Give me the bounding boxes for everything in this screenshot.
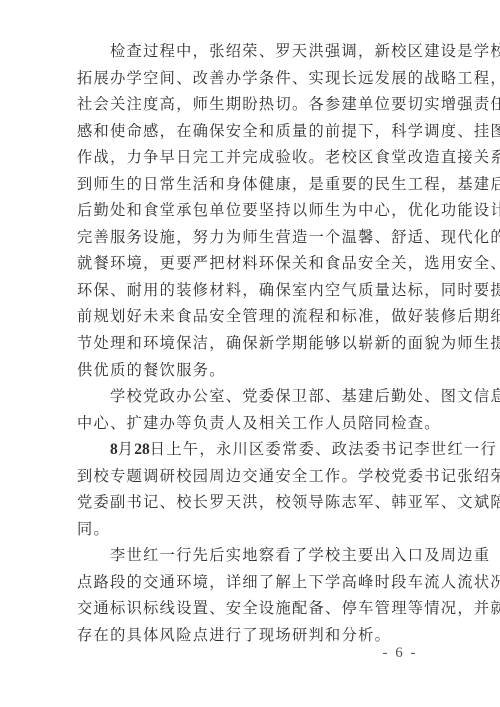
text-line: 就餐环境，更要严把材料环保关和食品安全关，选用安全、 [77, 250, 427, 277]
document-body: 检查过程中，张绍荣、罗天洪强调，新校区建设是学校 拓展办学空间、改善办学条件、实… [77, 38, 427, 649]
document-page: 检查过程中，张绍荣、罗天洪强调，新校区建设是学校 拓展办学空间、改善办学条件、实… [0, 0, 500, 707]
text-line: 社会关注度高，师生期盼热切。各参建单位要切实增强责任 [77, 91, 427, 118]
paragraph-site-inspection: 李世红一行先后实地察看了学校主要出入口及周边重 点路段的交通环境，详细了解上下学… [77, 542, 427, 648]
text-line: 同。 [77, 516, 427, 543]
day-number: 28 [134, 441, 150, 458]
text-line: 拓展办学空间、改善办学条件、实现长远发展的战略工程， [77, 65, 427, 92]
date-line-rest: 日上午，永川区委常委、政法委书记李世红一行 [150, 440, 497, 458]
text-line: 学校党政办公室、党委保卫部、基建后勤处、图文信息 [77, 383, 427, 410]
text-line: 节处理和环境保洁，确保新学期能够以崭新的面貌为师生提 [77, 330, 427, 357]
text-line: 环保、耐用的装修材料，确保室内空气质量达标，同时要提 [77, 277, 427, 304]
page-number: - 6 - [370, 645, 430, 662]
text-line: 供优质的餐饮服务。 [77, 357, 427, 384]
month-char: 月 [118, 440, 135, 458]
text-line: 感和使命感，在确保安全和质量的前提下，科学调度、挂图 [77, 118, 427, 145]
month-number: 8 [110, 441, 118, 458]
text-line: 完善服务设施，努力为师生营造一个温馨、舒适、现代化的 [77, 224, 427, 251]
text-line: 李世红一行先后实地察看了学校主要出入口及周边重 [77, 542, 427, 569]
text-line-date: 8月28日上午，永川区委常委、政法委书记李世红一行 [77, 436, 427, 463]
text-line: 检查过程中，张绍荣、罗天洪强调，新校区建设是学校 [77, 38, 427, 65]
text-line: 前规划好未来食品安全管理的流程和标准，做好装修后期细 [77, 303, 427, 330]
text-line: 到校专题调研校园周边交通安全工作。学校党委书记张绍荣， [77, 463, 427, 490]
text-line: 党委副书记、校长罗天洪，校领导陈志军、韩亚军、文斌陪 [77, 489, 427, 516]
text-line: 作战，力争早日完工并完成验收。老校区食堂改造直接关系 [77, 144, 427, 171]
text-line: 交通标识标线设置、安全设施配备、停车管理等情况，并就 [77, 595, 427, 622]
paragraph-accompanying-staff: 学校党政办公室、党委保卫部、基建后勤处、图文信息 中心、扩建办等负责人及相关工作… [77, 383, 427, 436]
paragraph-inspection-remarks: 检查过程中，张绍荣、罗天洪强调，新校区建设是学校 拓展办学空间、改善办学条件、实… [77, 38, 427, 383]
text-line: 点路段的交通环境，详细了解上下学高峰时段车流人流状况、 [77, 569, 427, 596]
text-line: 后勤处和食堂承包单位要坚持以师生为中心，优化功能设计， [77, 197, 427, 224]
text-line: 到师生的日常生活和身体健康，是重要的民生工程，基建后 [77, 171, 427, 198]
text-line: 中心、扩建办等负责人及相关工作人员陪同检查。 [77, 410, 427, 437]
paragraph-traffic-safety-visit: 8月28日上午，永川区委常委、政法委书记李世红一行 到校专题调研校园周边交通安全… [77, 436, 427, 542]
